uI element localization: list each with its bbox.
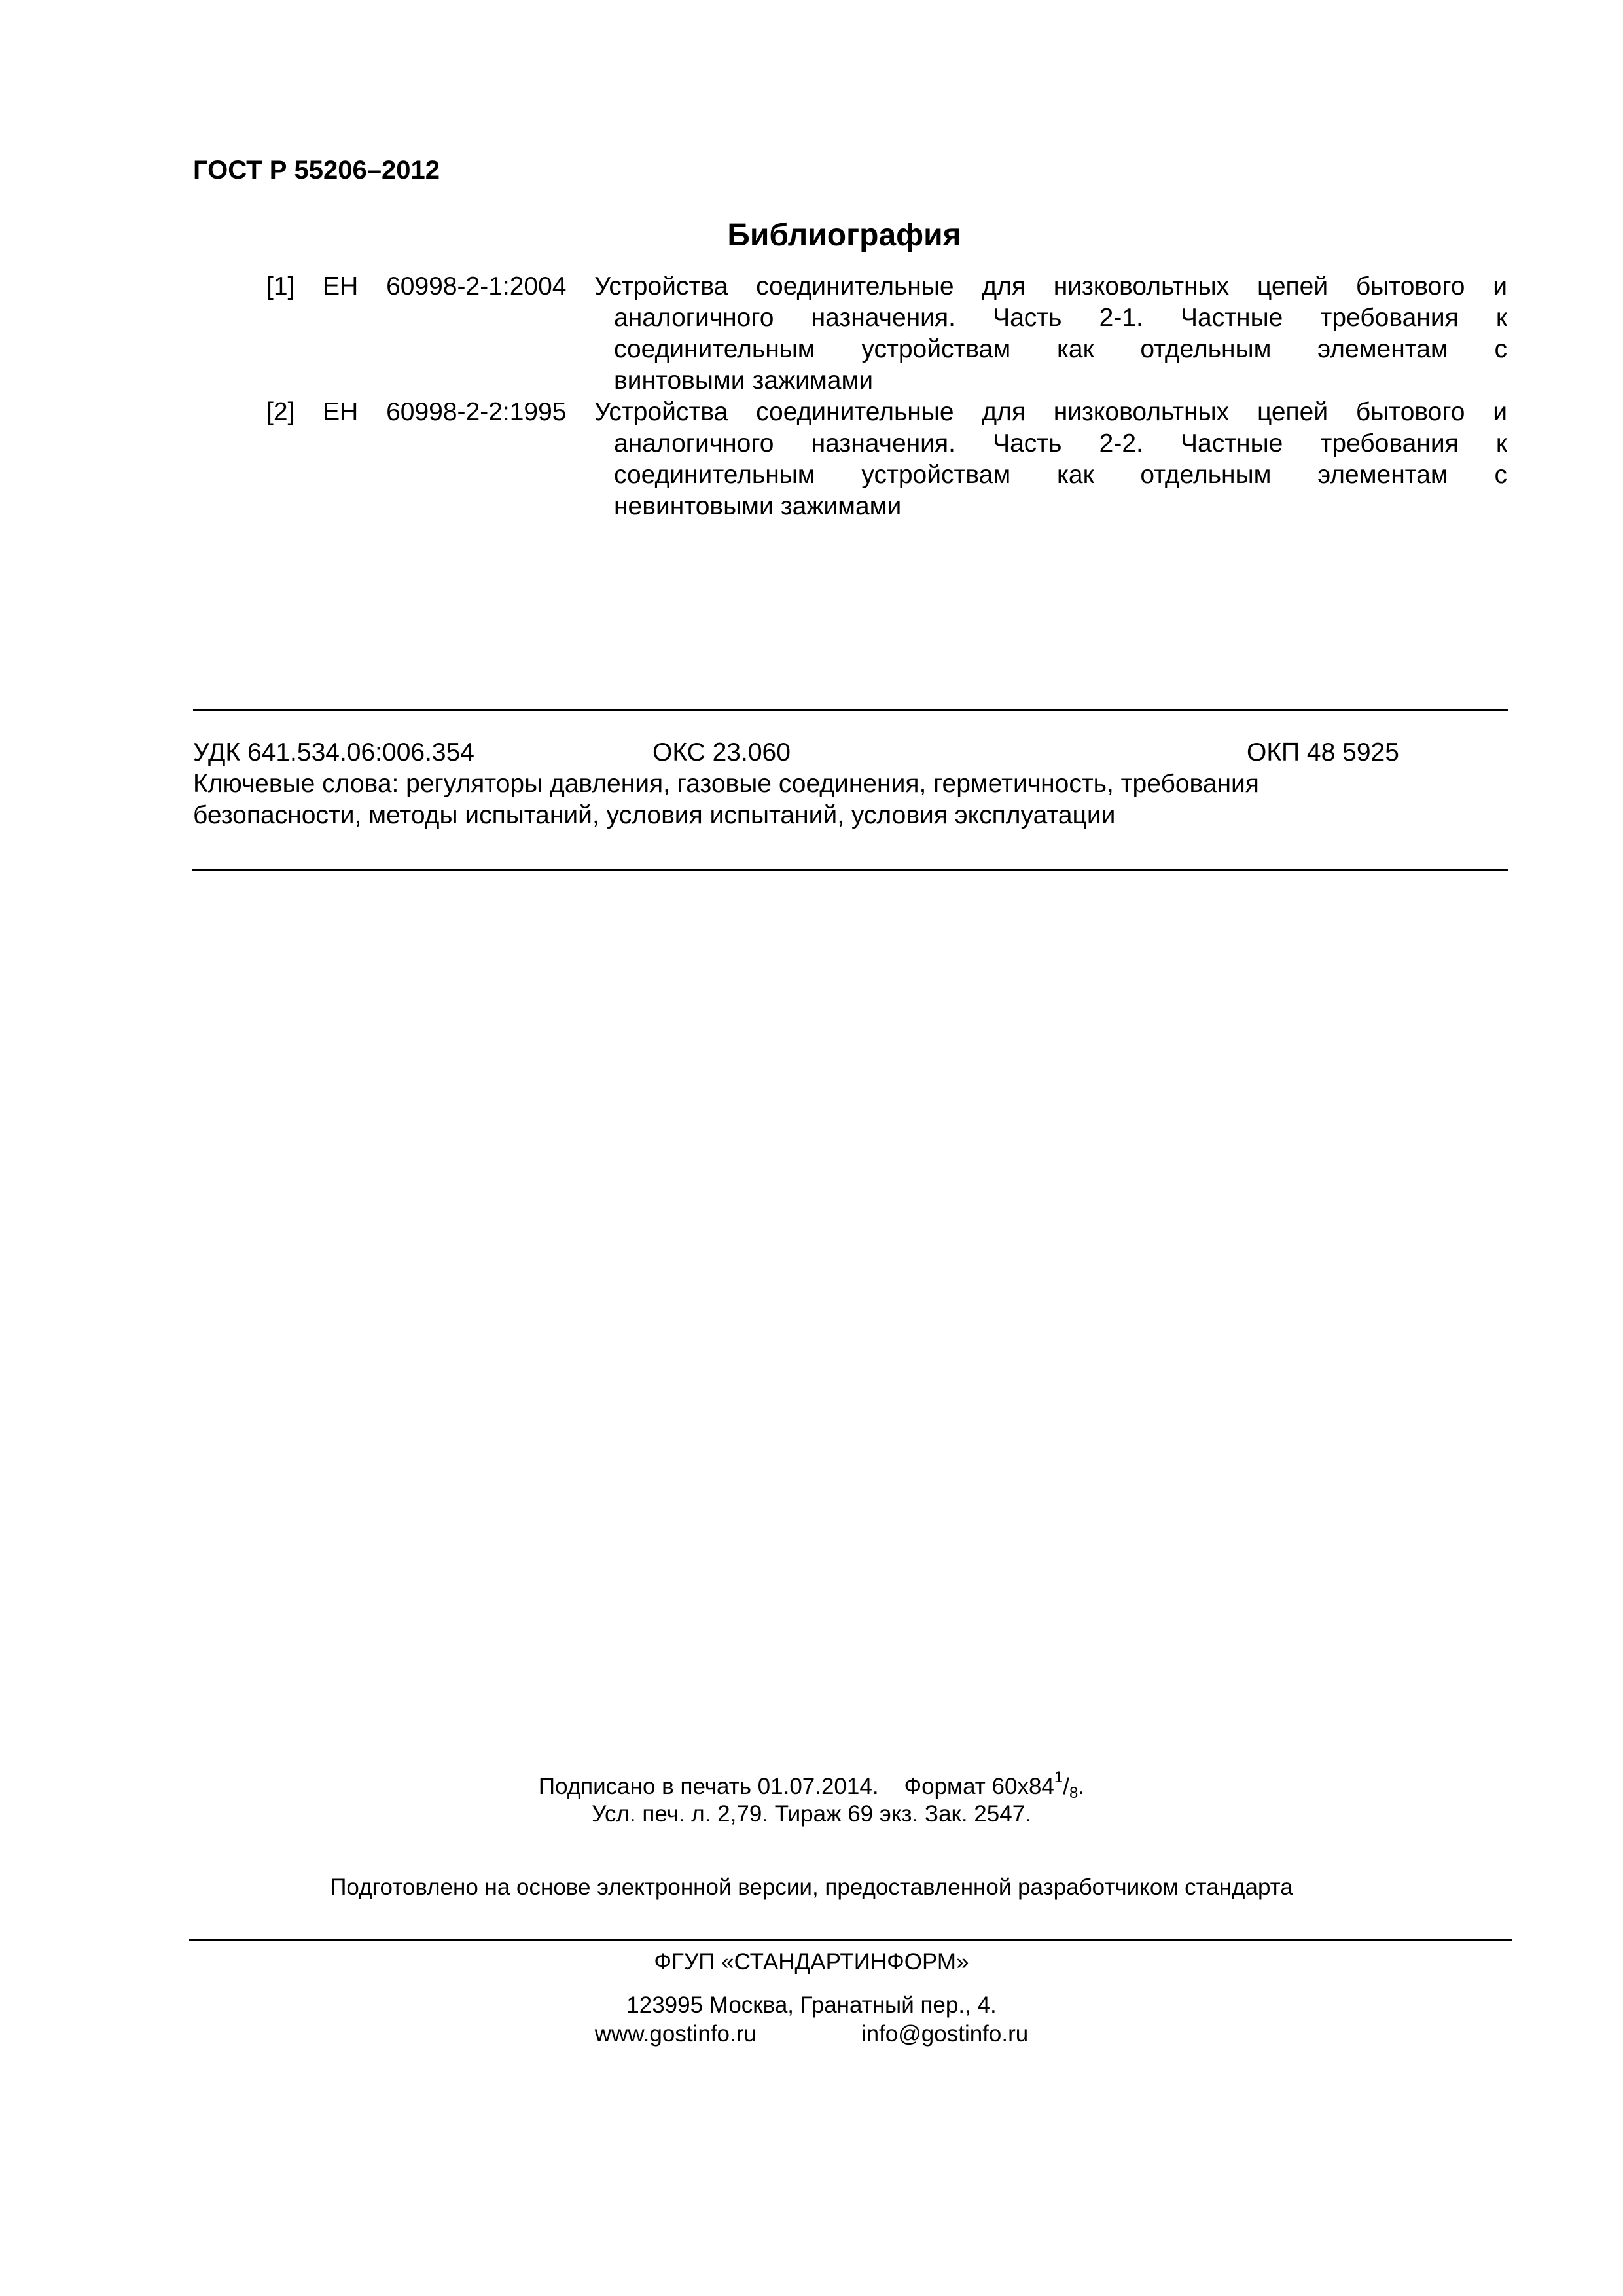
imprint-signed-line: Подписано в печать 01.07.2014. Формат 60… — [0, 1772, 1623, 1804]
keywords-line-1: Ключевые слова: регуляторы давления, газ… — [193, 768, 1259, 800]
entry-word: Частные — [1181, 302, 1283, 334]
entry-word: назначения. — [811, 428, 955, 459]
bibliography-entry-line: аналогичного назначения. Часть 2-2. Част… — [614, 428, 1507, 459]
print-info: Усл. печ. л. 2,79. Тираж 69 экз. Зак. 25… — [0, 1800, 1623, 1829]
entry-word: Часть — [993, 302, 1061, 334]
classification-top-rule — [193, 709, 1508, 711]
entry-word: для — [982, 397, 1026, 428]
entry-word: устройствам — [861, 334, 1010, 365]
entry-word: устройствам — [861, 459, 1010, 491]
entry-word: как — [1057, 334, 1094, 365]
bibliography-title-text: Библиография — [727, 218, 961, 253]
entry-word: бытового — [1356, 397, 1465, 428]
entry-word: соединительные — [756, 397, 954, 428]
spacer — [879, 1774, 904, 1799]
okp-code: ОКП 48 5925 — [1247, 737, 1399, 768]
bibliography-entry-line: соединительным устройствам как отдельным… — [614, 334, 1507, 365]
publisher-address: 123995 Москва, Гранатный пер., 4. — [0, 1991, 1623, 2020]
bibliography-entry-line: винтовыми зажимами — [614, 365, 1507, 397]
bibliography-entry: [1] ЕН 60998-2-1:2004 Устройства соедини… — [266, 271, 1507, 397]
format-fraction-slash: / — [1063, 1774, 1069, 1799]
signed-date-text: Подписано в печать 01.07.2014. — [539, 1774, 879, 1799]
entry-word: к — [1496, 302, 1507, 334]
oks-code: ОКС 23.060 — [652, 737, 791, 768]
entry-word: с — [1495, 459, 1508, 491]
entry-code-prefix: ЕН — [323, 397, 358, 428]
entry-word: цепей — [1257, 271, 1328, 302]
keywords-line-2: безопасности, методы испытаний, условия … — [193, 800, 1115, 831]
entry-word: бытового — [1356, 271, 1465, 302]
bibliography-entry-first-line: [1] ЕН 60998-2-1:2004 Устройства соедини… — [266, 271, 1507, 302]
entry-word: соединительным — [614, 334, 815, 365]
entry-word: 2-1. — [1099, 302, 1143, 334]
entry-word: зажимами — [781, 491, 902, 522]
entry-word: элементам — [1317, 334, 1448, 365]
bibliography-entry-line: соединительным устройствам как отдельным… — [614, 459, 1507, 491]
bibliography-entry-line: невинтовыми зажимами — [614, 491, 1507, 522]
entry-word: требования — [1321, 428, 1459, 459]
entry-word: Устройства — [594, 271, 728, 302]
format-fraction-denominator: 8 — [1069, 1784, 1078, 1802]
bibliography-entry-line: аналогичного назначения. Часть 2-1. Част… — [614, 302, 1507, 334]
classification-bottom-rule — [192, 869, 1508, 871]
entry-word: винтовыми — [614, 365, 745, 397]
entry-word: низковольтных — [1054, 397, 1229, 428]
entry-word: невинтовыми — [614, 491, 774, 522]
email-link[interactable]: info@gostinfo.ru — [861, 2021, 1028, 2047]
footer-rule — [189, 1939, 1512, 1941]
entry-word: цепей — [1257, 397, 1328, 428]
publisher-contacts: www.gostinfo.ruinfo@gostinfo.ru — [0, 2020, 1623, 2049]
entry-word: соединительные — [756, 271, 954, 302]
entry-word: и — [1493, 397, 1507, 428]
entry-word: соединительным — [614, 459, 815, 491]
entry-word: и — [1493, 271, 1507, 302]
entry-code: 60998-2-1:2004 — [386, 271, 566, 302]
entry-word: как — [1057, 459, 1094, 491]
udk-code: УДК 641.534.06:006.354 — [193, 737, 474, 768]
entry-code: 60998-2-2:1995 — [386, 397, 566, 428]
entry-word: элементам — [1317, 459, 1448, 491]
entry-word: аналогичного — [614, 428, 774, 459]
entry-word: к — [1496, 428, 1507, 459]
entry-number: [1] — [266, 271, 294, 302]
entry-word: 2-2. — [1099, 428, 1143, 459]
website-link[interactable]: www.gostinfo.ru — [595, 2021, 757, 2047]
bibliography-entry-first-line: [2] ЕН 60998-2-2:1995 Устройства соедини… — [266, 397, 1507, 428]
entry-word: Частные — [1181, 428, 1283, 459]
format-fraction-numerator: 1 — [1054, 1768, 1063, 1786]
format-label: Формат 60x84 — [904, 1774, 1054, 1799]
prepared-note: Подготовлено на основе электронной верси… — [0, 1873, 1623, 1902]
bibliography-entry: [2] ЕН 60998-2-2:1995 Устройства соедини… — [266, 397, 1507, 522]
entry-word: отдельным — [1140, 459, 1271, 491]
entry-word: Устройства — [594, 397, 728, 428]
bibliography-title: Библиография — [0, 217, 1623, 254]
entry-word: аналогичного — [614, 302, 774, 334]
format-end: . — [1078, 1774, 1084, 1799]
entry-word: для — [982, 271, 1026, 302]
entry-code-prefix: ЕН — [323, 271, 358, 302]
publisher-name: ФГУП «СТАНДАРТИНФОРМ» — [0, 1948, 1623, 1977]
entry-number: [2] — [266, 397, 294, 428]
entry-word: Часть — [993, 428, 1061, 459]
entry-word: отдельным — [1140, 334, 1271, 365]
entry-word: низковольтных — [1054, 271, 1229, 302]
document-id: ГОСТ Р 55206–2012 — [193, 154, 440, 186]
entry-word: с — [1495, 334, 1508, 365]
entry-word: назначения. — [811, 302, 955, 334]
entry-word: требования — [1321, 302, 1459, 334]
entry-word: зажимами — [753, 365, 874, 397]
